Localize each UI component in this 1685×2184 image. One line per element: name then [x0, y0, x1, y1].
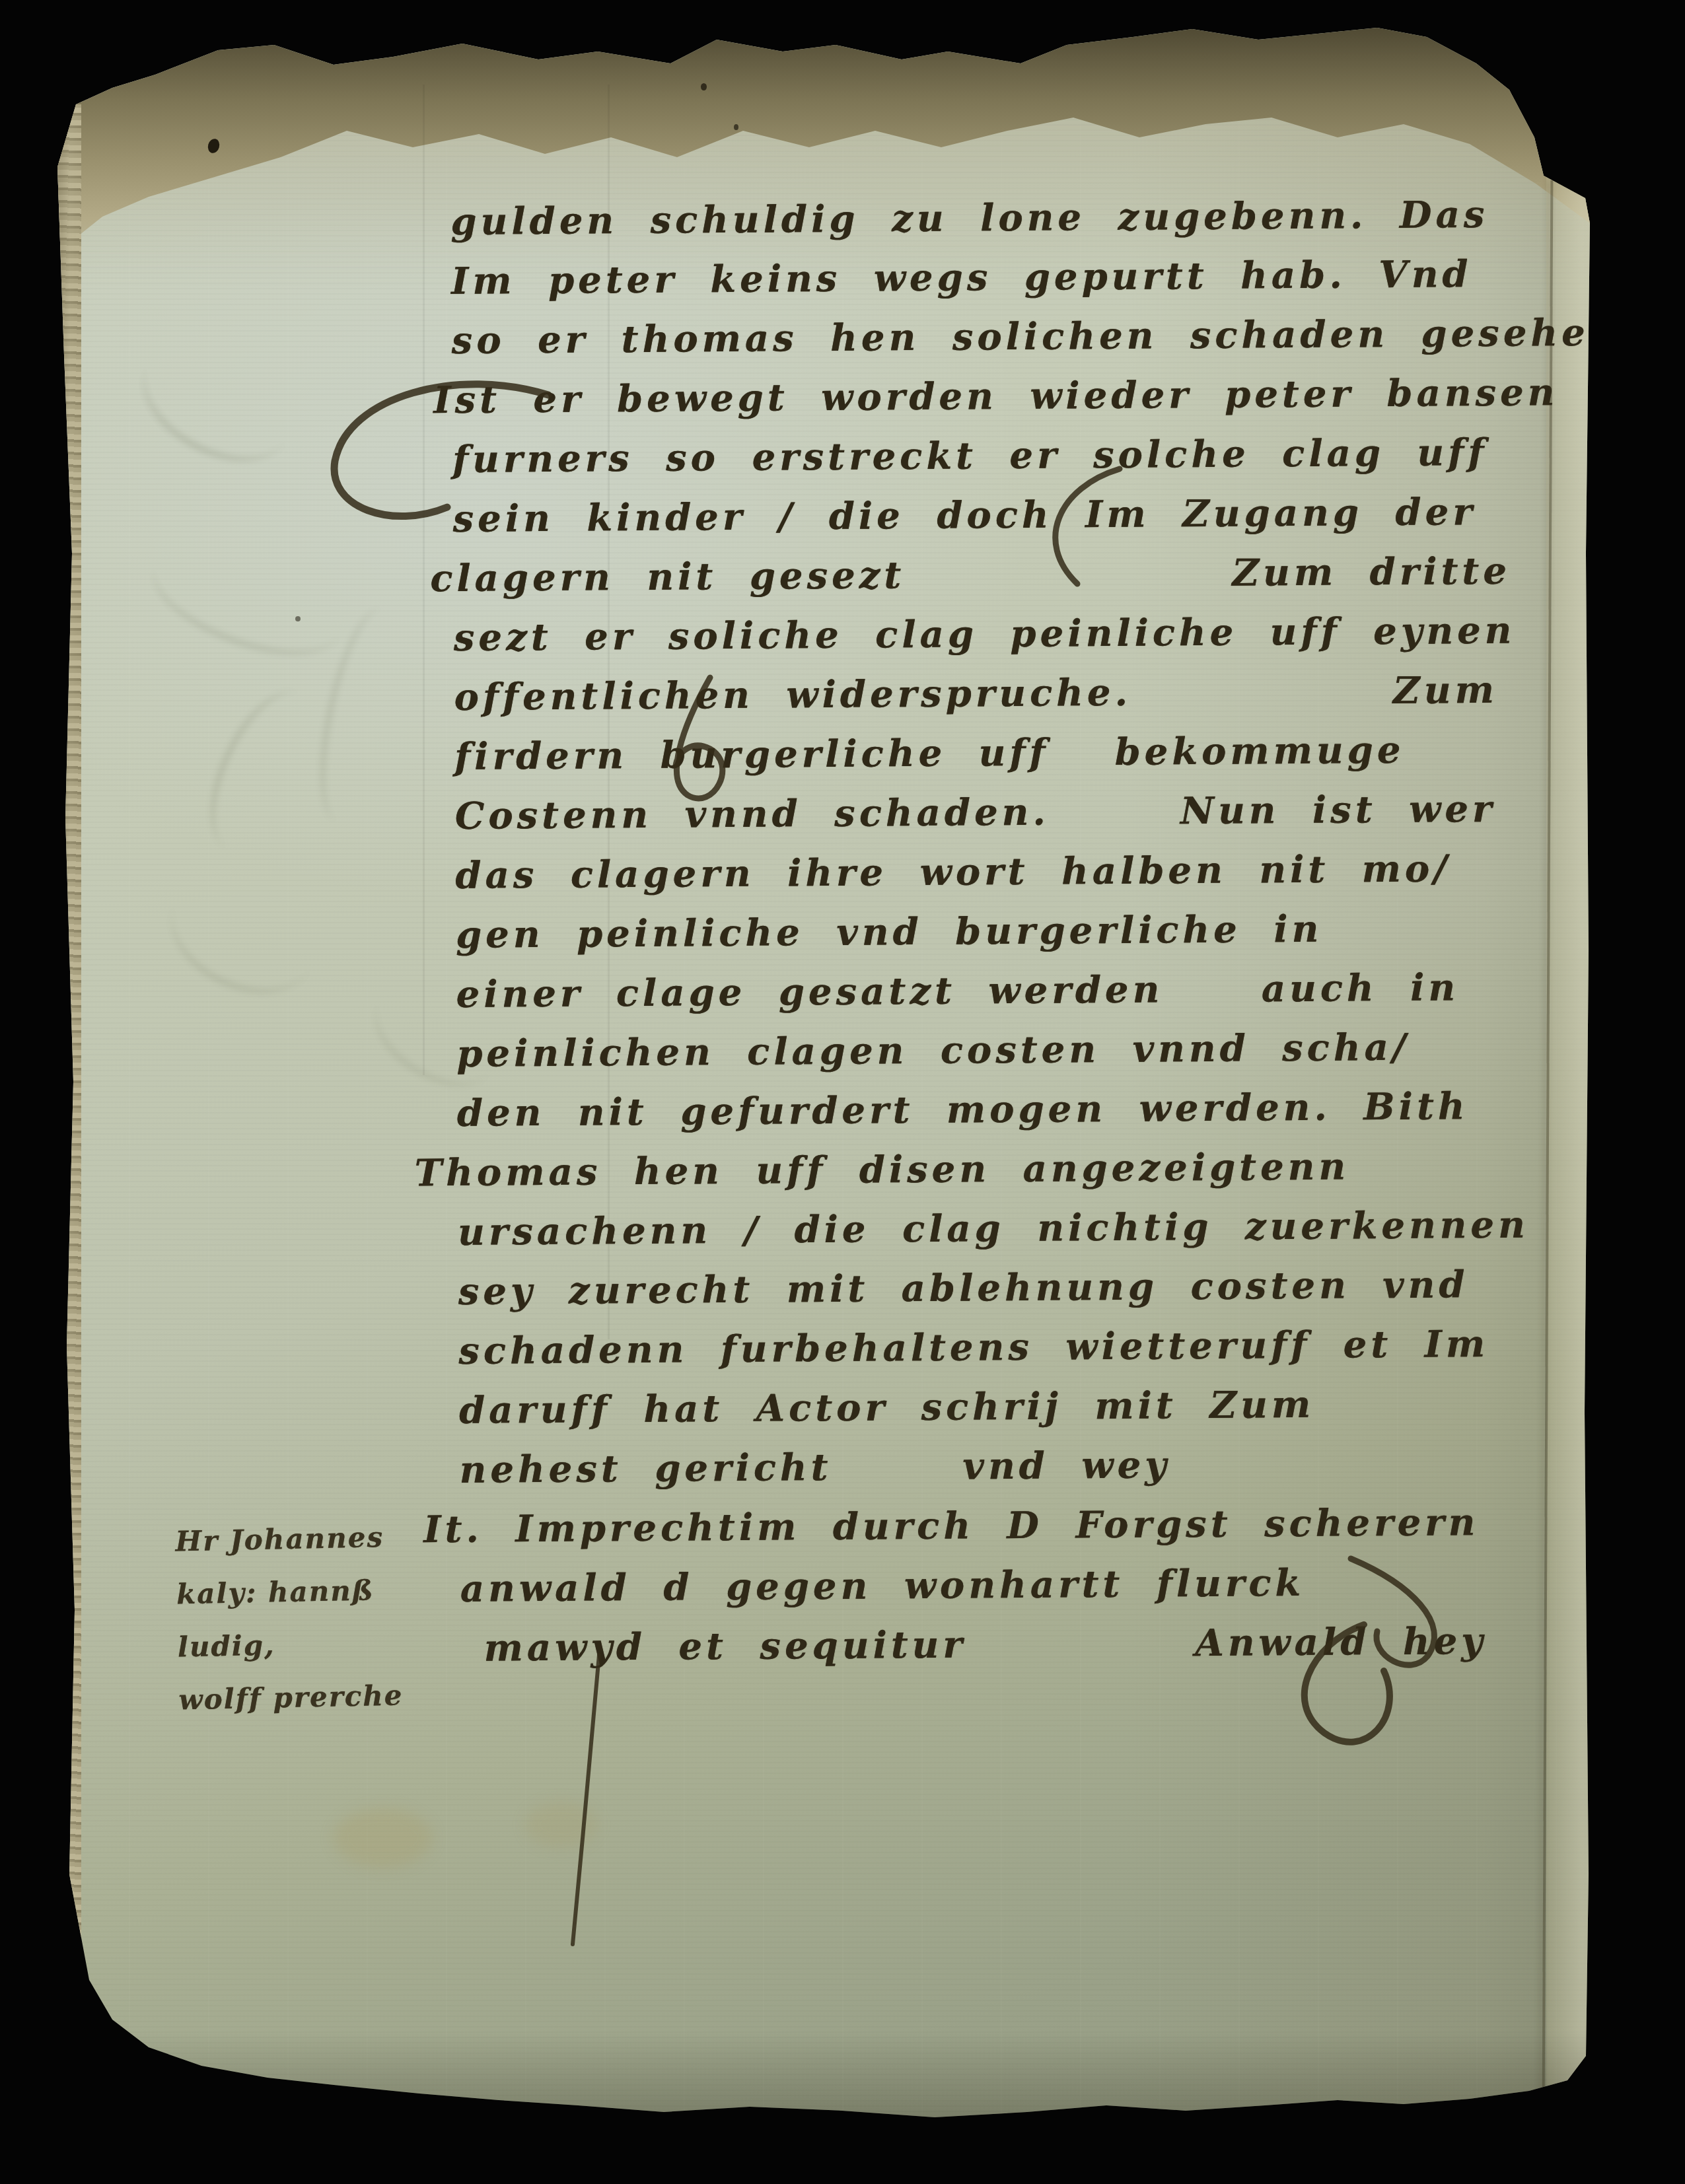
- text-line: sey zurecht mit ablehnung costen vnd: [458, 1254, 1581, 1321]
- text-line: einer clage gesatzt werden auch in: [456, 957, 1579, 1024]
- paper-stain: [525, 1802, 598, 1848]
- text-line: offentlichen widerspruche. Zum: [454, 660, 1577, 727]
- text-line: firdern burgerliche uff bekommuge: [454, 719, 1578, 787]
- note-line: kaly: hannß: [176, 1563, 461, 1621]
- paper-stain: [334, 1808, 433, 1868]
- page-left-deckle-edge: [50, 104, 81, 2104]
- main-text-block: gulden schuldig zu lone zugebenn. Das Im…: [450, 184, 1584, 1678]
- text-line: peinlichen clagen costen vnnd scha/: [456, 1016, 1580, 1084]
- show-through-mark: [139, 522, 356, 676]
- text-line: das clagern ihre wort halben nit mo/: [455, 838, 1579, 905]
- text-line: It. Imprechtim durch D Forgst scherern: [423, 1492, 1583, 1559]
- ink-speck: [701, 83, 707, 90]
- ink-speck: [734, 124, 738, 130]
- show-through-mark: [123, 318, 312, 485]
- text-line: anwald d gegen wonhartt flurck: [460, 1551, 1584, 1619]
- page-bottom-shadow: [50, 2031, 1590, 2117]
- text-line: Thomas hen uff disen angezeigtenn: [414, 1135, 1581, 1203]
- text-line: ursachenn / die clag nichtig zuerkennen: [458, 1195, 1581, 1262]
- text-line: Ist er bewegt worden wieder peter bansen: [433, 363, 1575, 430]
- text-line: gen peinliche vnd burgerliche in: [456, 898, 1579, 965]
- note-line: wolff prerche: [178, 1668, 464, 1726]
- text-line: sein kinder / die doch Im Zugang der: [452, 481, 1576, 549]
- text-line: Costenn vnnd schaden. Nun ist wer: [454, 779, 1578, 846]
- text-line: nehest gericht vnd wey: [459, 1432, 1583, 1500]
- show-through-mark: [189, 676, 339, 867]
- text-line: Im peter keins wegs gepurtt hab. Vnd: [451, 244, 1575, 311]
- faint-fold-line: [423, 85, 425, 1075]
- show-through-mark: [152, 851, 337, 1016]
- text-line: furners so erstreckt er solche clag uff: [452, 422, 1576, 489]
- note-line: ludig,: [177, 1615, 462, 1673]
- scan-background: gulden schuldig zu lone zugebenn. Das Im…: [0, 0, 1685, 2184]
- text-line: den nit gefurdert mogen werden. Bith: [457, 1076, 1581, 1143]
- text-line: sezt er soliche clag peinliche uff eynen: [454, 600, 1577, 668]
- text-line: schadenn furbehaltens wietteruff et Im: [458, 1314, 1582, 1381]
- text-line: mawyd et sequitur Anwald hey: [484, 1611, 1584, 1678]
- text-line: clagern nit gesezt Zum dritte: [430, 541, 1577, 608]
- text-line: so er thomas hen solichen schaden gesehe…: [451, 303, 1575, 370]
- text-line: gulden schuldig zu lone zugebenn. Das: [450, 184, 1574, 252]
- text-line: daruff hat Actor schrij mit Zum: [459, 1373, 1583, 1440]
- manuscript-page: gulden schuldig zu lone zugebenn. Das Im…: [50, 25, 1590, 2117]
- flourish-swash: [573, 1655, 599, 1944]
- note-line: Hr Johannes: [175, 1510, 460, 1568]
- marginal-note: Hr Johannes kaly: hannß ludig, wolff pre…: [175, 1510, 464, 1727]
